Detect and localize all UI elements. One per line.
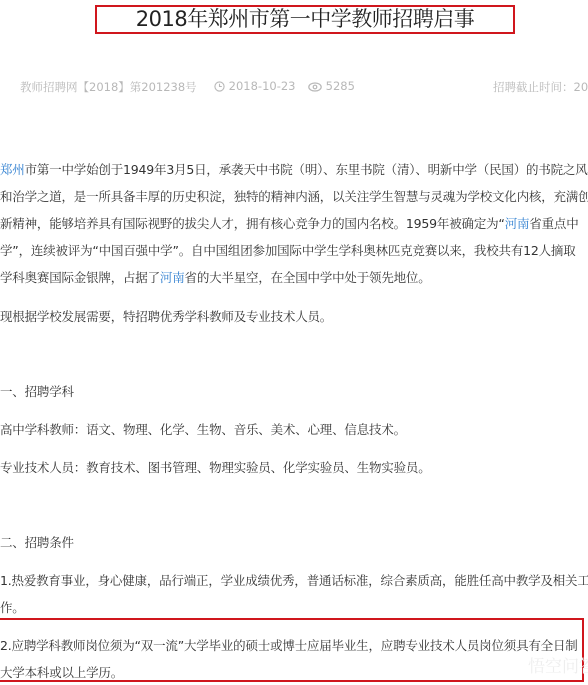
- intro-text: 学科奥赛国际金银牌，占据了: [0, 270, 160, 285]
- purpose-paragraph: 现根据学校发展需要，特招聘优秀学科教师及专业技术人员。: [0, 307, 332, 325]
- intro-line-4: 学”，连续被评为“中国百强中学”。自中国组团参加国际中学生学科奥林匹克竞赛以来，…: [0, 241, 576, 259]
- title-highlight-box: 2018年郑州市第一中学教师招聘启事: [95, 5, 515, 34]
- section1-teachers: 高中学科教师：语文、物理、化学、生物、音乐、美术、心理、信息技术。: [0, 420, 406, 438]
- requirement-1-line-2: 作。: [0, 598, 25, 616]
- intro-text: 市第一中学始创于1949年3月5日，承袭天中书院（明）、东里书院（清）、明新中学…: [25, 162, 588, 177]
- intro-line-1: 郑州市第一中学始创于1949年3月5日，承袭天中书院（明）、东里书院（清）、明新…: [0, 160, 588, 178]
- views-group: 5285: [308, 79, 355, 93]
- view-count: 5285: [326, 79, 355, 93]
- intro-line-2: 和治学之道，是一所具备丰厚的历史积淀，独特的精神内涵，以关注学生智慧与灵魂为学校…: [0, 187, 588, 205]
- eye-icon: [308, 82, 322, 92]
- publish-date: 2018-10-23: [229, 79, 296, 93]
- link-henan[interactable]: 河南: [505, 216, 530, 231]
- requirement-highlight-box: [0, 618, 584, 682]
- link-zhengzhou[interactable]: 郑州: [0, 162, 25, 177]
- section2-heading: 二、招聘条件: [0, 533, 74, 551]
- section1-heading: 一、招聘学科: [0, 382, 74, 400]
- intro-line-5: 学科奥赛国际金银牌，占据了河南省的大半星空，在全国中学中处于领先地位。: [0, 268, 431, 286]
- intro-text: 省的大半星空，在全国中学中处于领先地位。: [185, 270, 431, 285]
- article-meta: 教师招聘网【2018】第201238号 2018-10-23 5285 招聘截止…: [20, 79, 588, 97]
- requirement-1-line-1: 1.热爱教育事业，身心健康，品行端正，学业成绩优秀，普通话标准，综合素质高，能胜…: [0, 571, 588, 589]
- link-henan[interactable]: 河南: [160, 270, 185, 285]
- intro-text: 新精神，能够培养具有国际视野的拔尖人才，拥有核心竞争力的国内名校。1959年被确…: [0, 216, 505, 231]
- intro-line-3: 新精神，能够培养具有国际视野的拔尖人才，拥有核心竞争力的国内名校。1959年被确…: [0, 214, 579, 232]
- watermark: 悟空问答: [528, 652, 588, 677]
- clock-icon: [214, 81, 225, 92]
- intro-text: 省重点中: [529, 216, 578, 231]
- section1-technicians: 专业技术人员：教育技术、图书管理、物理实验员、化学实验员、生物实验员。: [0, 458, 431, 476]
- source-label: 教师招聘网【2018】第201238号: [20, 79, 197, 95]
- page-title: 2018年郑州市第一中学教师招聘启事: [136, 7, 474, 32]
- date-group: 2018-10-23: [214, 79, 296, 93]
- deadline-label: 招聘截止时间：20: [493, 79, 588, 95]
